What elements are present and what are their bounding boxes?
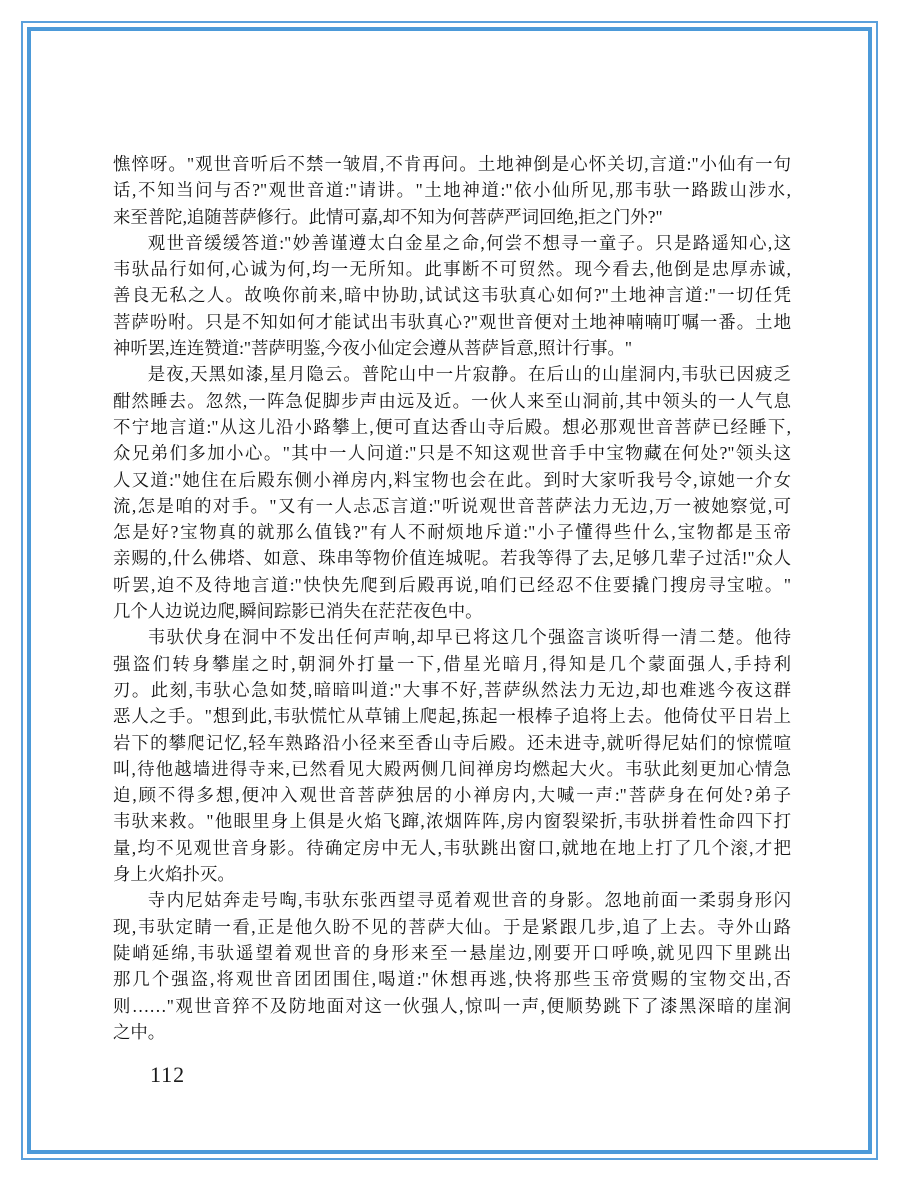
- text-line: 话,不知当问与否?"观世音道:"请讲。"土地神道:"依小仙所见,那韦驮一路跋山涉…: [113, 177, 791, 203]
- text-line: 现,韦驮定睛一看,正是他久盼不见的菩萨大仙。于是紧跟几步,追了上去。寺外山路: [113, 914, 791, 940]
- paragraph: 是夜,天黑如漆,星月隐云。普陀山中一片寂静。在后山的山崖洞内,韦驮已因疲乏酣然睡…: [113, 361, 791, 624]
- text-line: 观世音缓缓答道:"妙善谨遵太白金星之命,何尝不想寻一童子。只是路遥知心,这: [113, 230, 791, 256]
- story-text-block: 憔悴呀。"观世音听后不禁一皱眉,不肯再问。土地神倒是心怀关切,言道:"小仙有一句…: [113, 151, 791, 1045]
- text-line: 神听罢,连连赞道:"菩萨明鉴,今夜小仙定会遵从菩萨旨意,照计行事。": [113, 335, 791, 361]
- text-line: 不宁地言道:"从这儿沿小路攀上,便可直达香山寺后殿。想必那观世音菩萨已经睡下,: [113, 414, 791, 440]
- text-line: 亲赐的,什么佛塔、如意、珠串等物价值连城呢。若我等得了去,足够几辈子过活!"众人: [113, 545, 791, 571]
- text-line: 来至普陀,追随菩萨修行。此情可嘉,却不知为何菩萨严词回绝,拒之门外?": [113, 204, 791, 230]
- text-line: 人又道:"她住在后殿东侧小禅房内,料宝物也会在此。到时大家听我号令,谅她一介女: [113, 467, 791, 493]
- text-line: 韦驮来救。"他眼里身上俱是火焰飞蹿,浓烟阵阵,房内窗裂梁折,韦驮拼着性命四下打: [113, 808, 791, 834]
- paragraph: 观世音缓缓答道:"妙善谨遵太白金星之命,何尝不想寻一童子。只是路遥知心,这韦驮品…: [113, 230, 791, 361]
- page-number: 112: [150, 1062, 185, 1088]
- text-line: 迫,顾不得多想,便冲入观世音菩萨独居的小禅房内,大喊一声:"菩萨身在何处?弟子: [113, 782, 791, 808]
- text-line: 刃。此刻,韦驮心急如焚,暗暗叫道:"大事不好,菩萨纵然法力无边,却也难逃今夜这群: [113, 677, 791, 703]
- text-line: 之中。: [113, 1019, 791, 1045]
- text-line: 善良无私之人。故唤你前来,暗中协助,试试这韦驮真心如何?"土地神言道:"一切任凭: [113, 282, 791, 308]
- text-line: 寺内尼姑奔走号啕,韦驮东张西望寻觅着观世音的身影。忽地前面一柔弱身形闪: [113, 887, 791, 913]
- text-line: 岩下的攀爬记忆,轻车熟路沿小径来至香山寺后殿。还未进寺,就听得尼姑们的惊慌喧: [113, 730, 791, 756]
- text-line: 那几个强盗,将观世音团团围住,喝道:"休想再逃,快将那些玉帝赏赐的宝物交出,否: [113, 966, 791, 992]
- text-line: 菩萨吩咐。只是不知如何才能试出韦驮真心?"观世音便对土地神喃喃叮嘱一番。土地: [113, 309, 791, 335]
- text-line: 几个人边说边爬,瞬间踪影已消失在茫茫夜色中。: [113, 598, 791, 624]
- text-line: 身上火焰扑灭。: [113, 861, 791, 887]
- text-line: 恶人之手。"想到此,韦驮慌忙从草铺上爬起,拣起一根棒子追将上去。他倚仗平日岩上: [113, 703, 791, 729]
- book-page: { "page": { "number": "112", "background…: [0, 0, 900, 1184]
- text-line: 听罢,迫不及待地言道:"快快先爬到后殿再说,咱们已经忍不住要撬门搜房寻宝啦。": [113, 572, 791, 598]
- text-line: 流,怎是咱的对手。"又有一人忐忑言道:"听说观世音菩萨法力无边,万一被她察觉,可: [113, 493, 791, 519]
- paragraph: 韦驮伏身在洞中不发出任何声响,却早已将这几个强盗言谈听得一清二楚。他待强盗们转身…: [113, 624, 791, 887]
- paragraph: 寺内尼姑奔走号啕,韦驮东张西望寻觅着观世音的身影。忽地前面一柔弱身形闪现,韦驮定…: [113, 887, 791, 1045]
- paragraph: 憔悴呀。"观世音听后不禁一皱眉,不肯再问。土地神倒是心怀关切,言道:"小仙有一句…: [113, 151, 791, 230]
- text-line: 是夜,天黑如漆,星月隐云。普陀山中一片寂静。在后山的山崖洞内,韦驮已因疲乏: [113, 361, 791, 387]
- text-line: 韦驮伏身在洞中不发出任何声响,却早已将这几个强盗言谈听得一清二楚。他待: [113, 624, 791, 650]
- text-line: 陡峭延绵,韦驮遥望着观世音的身形来至一悬崖边,刚要开口呼唤,就见四下里跳出: [113, 940, 791, 966]
- text-line: 众兄弟们多加小心。"其中一人问道:"只是不知这观世音手中宝物藏在何处?"领头这: [113, 440, 791, 466]
- text-line: 怎是好?宝物真的就那么值钱?"有人不耐烦地斥道:"小子懂得些什么,宝物都是玉帝: [113, 519, 791, 545]
- text-line: 酣然睡去。忽然,一阵急促脚步声由远及近。一伙人来至山洞前,其中领头的一人气息: [113, 388, 791, 414]
- text-line: 强盗们转身攀崖之时,朝洞外打量一下,借星光暗月,得知是几个蒙面强人,手持利: [113, 651, 791, 677]
- text-line: 量,均不见观世音身影。待确定房中无人,韦驮跳出窗口,就地在地上打了几个滚,才把: [113, 835, 791, 861]
- text-line: 憔悴呀。"观世音听后不禁一皱眉,不肯再问。土地神倒是心怀关切,言道:"小仙有一句: [113, 151, 791, 177]
- text-line: 韦驮品行如何,心诚为何,均一无所知。此事断不可贸然。现今看去,他倒是忠厚赤诚,: [113, 256, 791, 282]
- text-line: 叫,待他越墙进得寺来,已然看见大殿两侧几间禅房均燃起大火。韦驮此刻更加心情急: [113, 756, 791, 782]
- text-line: 则……"观世音猝不及防地面对这一伙强人,惊叫一声,便顺势跳下了漆黑深暗的崖涧: [113, 993, 791, 1019]
